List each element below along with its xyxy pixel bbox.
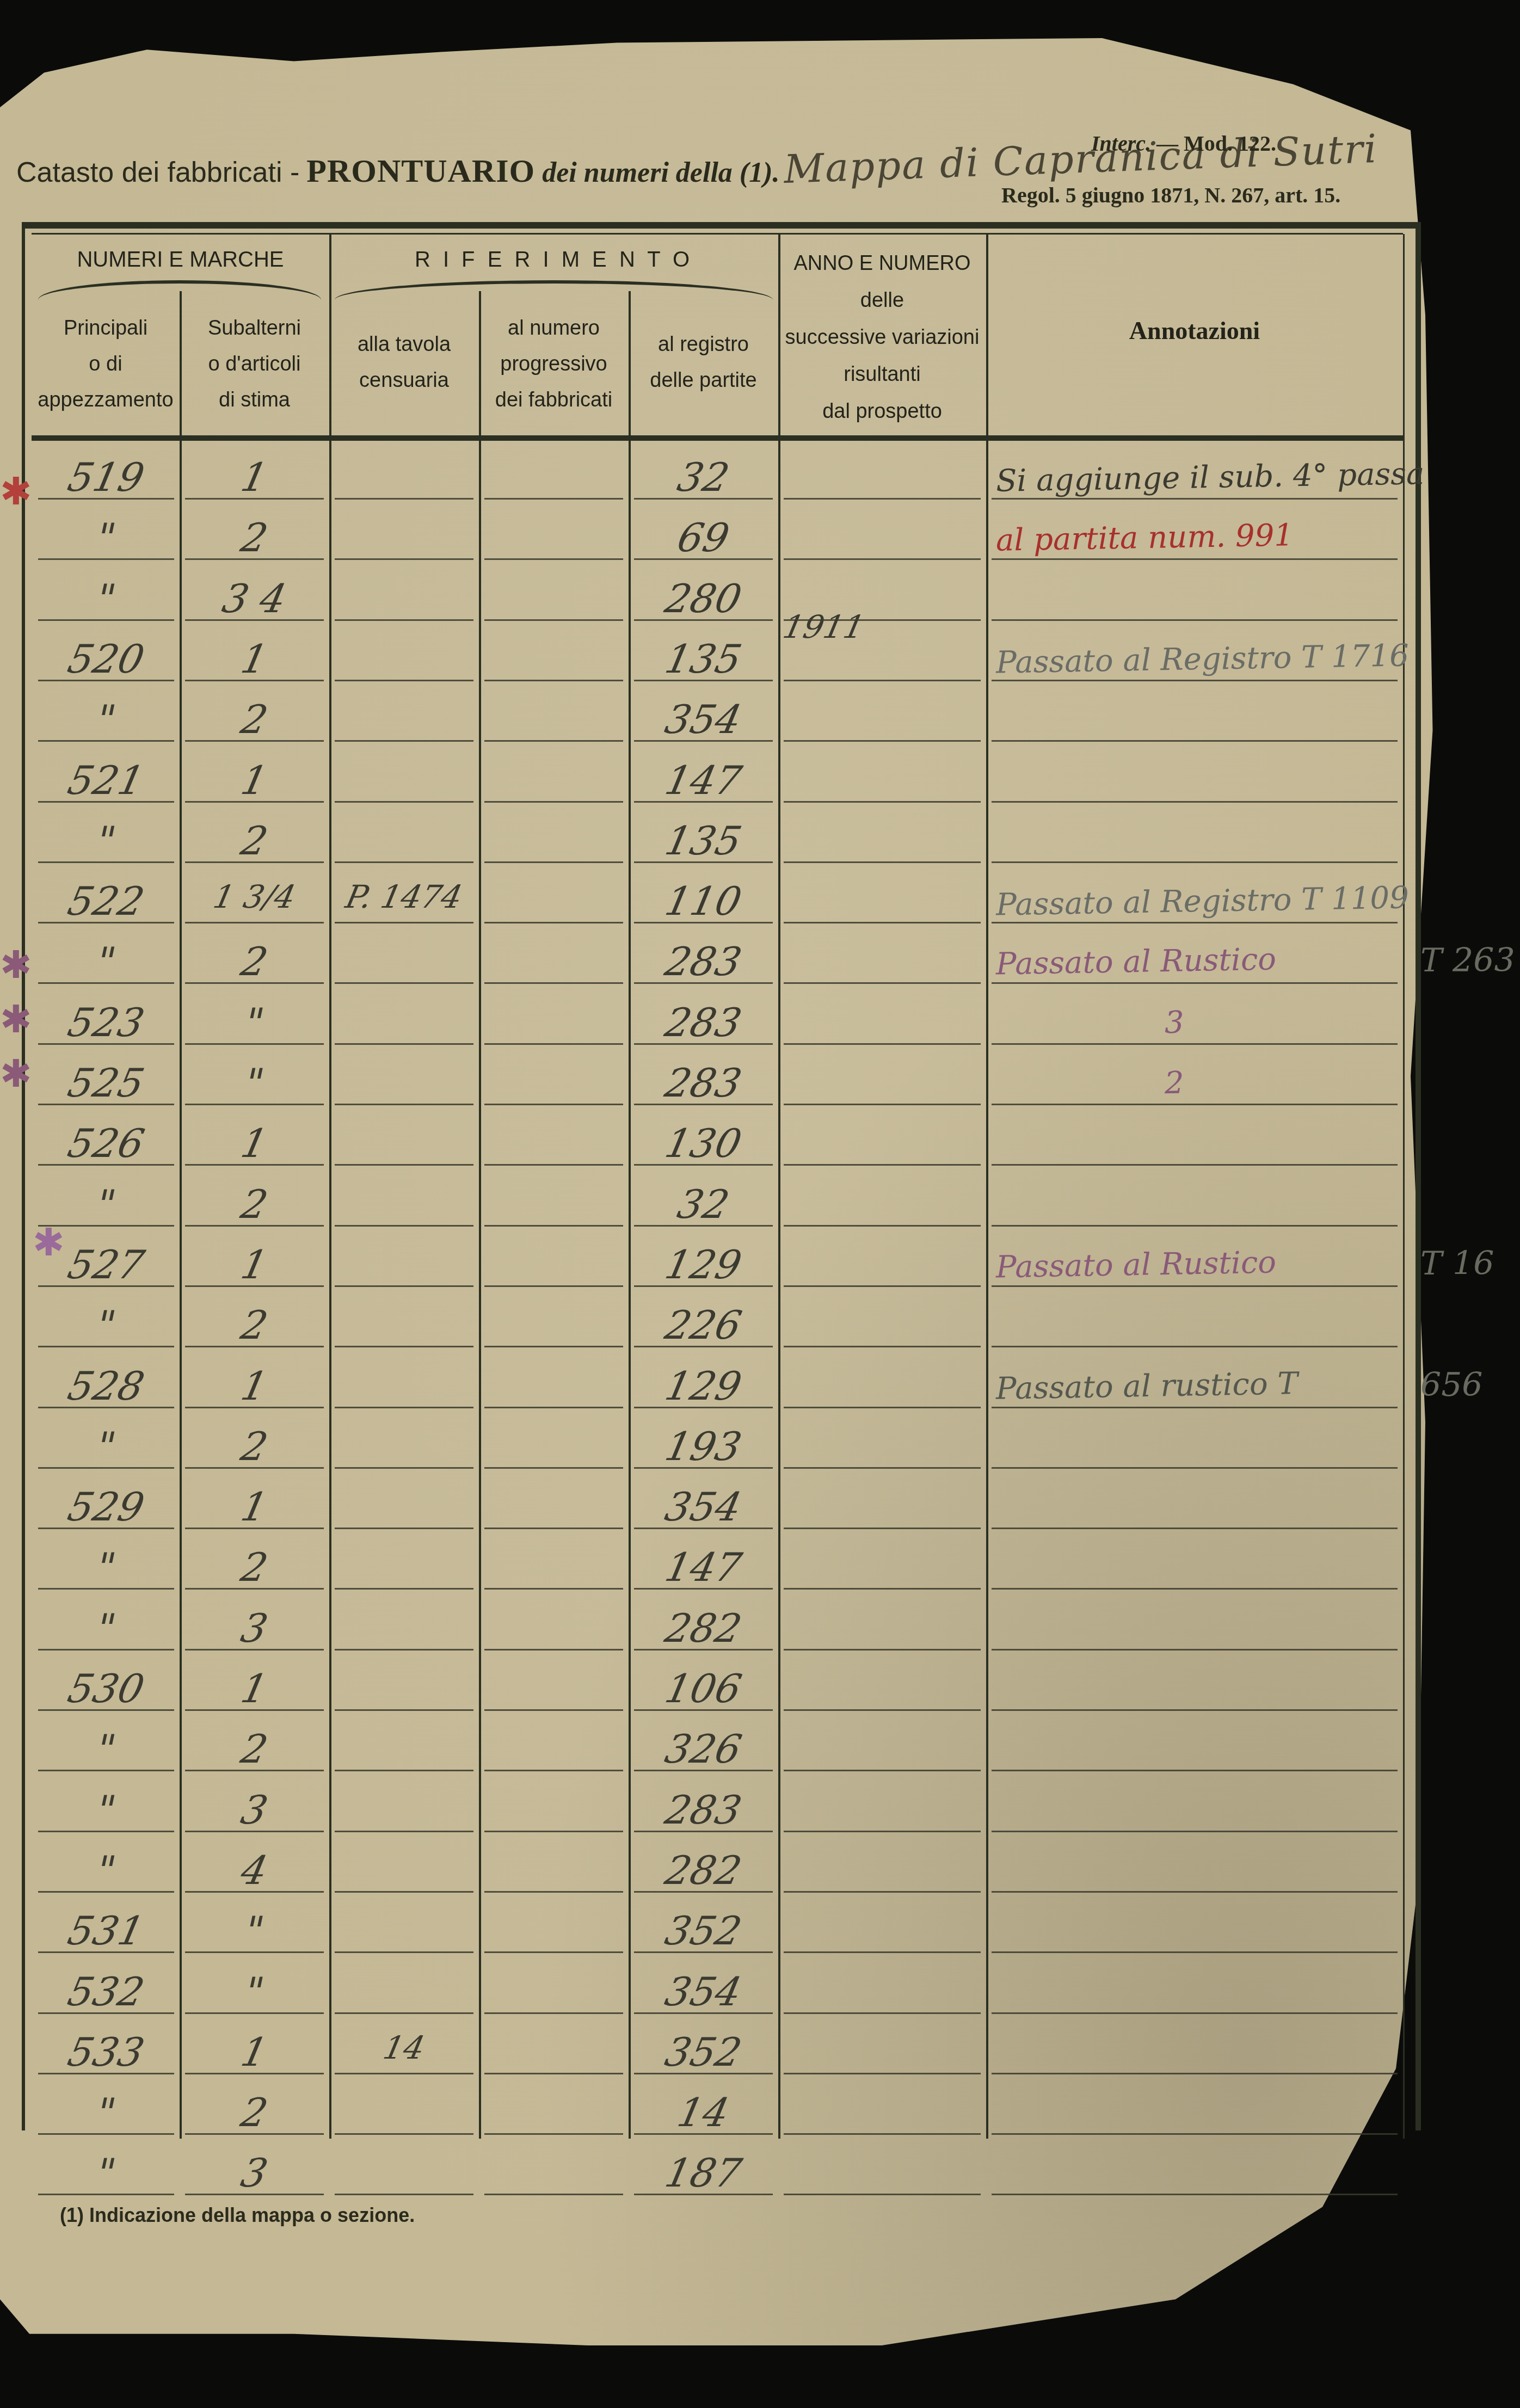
row-rule [992,1649,1398,1651]
row-rule [335,1346,473,1347]
row-rule [484,1770,623,1771]
row-rule [484,1164,623,1166]
regulation-reference: Regol. 5 giugno 1871, N. 267, art. 15. [1001,182,1340,208]
row-rule [335,1831,473,1832]
row-rule [335,1407,473,1408]
row-rule [784,801,981,803]
row-rule [784,1891,981,1893]
cell-subalterno: " [180,1969,329,2015]
row-rule [484,2012,623,2014]
header-bottom-rule [32,435,1403,441]
cell-subalterno: 1 [180,636,329,682]
table-inner-rule [32,233,1403,235]
cell-principale: 529 [33,1484,179,1530]
col-header-annotazioni: Annotazioni [986,313,1403,349]
row-rule [335,1770,473,1771]
row-rule [335,2133,473,2135]
cell-registro: 283 [629,1787,778,1833]
row-rule [335,2194,473,2195]
margin-note: T 263 [1420,941,1515,980]
row-rule [484,861,623,863]
row-rule [484,740,623,742]
row-rule [784,558,981,560]
cell-registro: 14 [629,2090,778,2135]
cell-subalterno: 1 3/4 [181,878,328,915]
cell-subalterno: 1 [180,1484,329,1530]
cell-subalterno: 2 [180,515,329,561]
cell-registro: 282 [629,1847,778,1893]
row-rule [185,922,324,923]
cell-registro: 280 [629,576,778,621]
cell-subalterno: 2 [180,1544,329,1590]
row-rule [784,680,981,681]
row-rule [992,1891,1398,1893]
row-rule [784,1831,981,1832]
cell-principale: " [33,1544,179,1590]
cell-registro: 129 [629,1363,778,1409]
row-rule [992,619,1398,621]
cell-principale: 532 [33,1969,179,2015]
asterisk-mark-icon: ✱ [33,1224,65,1262]
row-rule [784,2012,981,2014]
row-rule [992,1467,1398,1469]
cell-principale: " [33,1726,179,1772]
cell-subalterno: 4 [180,1847,329,1893]
row-rule [484,1649,623,1651]
cell-subalterno: 2 [180,2090,329,2135]
cell-subalterno: 2 [180,818,329,864]
cell-principale: 525 [33,1060,179,1106]
cell-registro: 326 [629,1726,778,1772]
cell-registro: 226 [629,1302,778,1348]
cell-subalterno: 1 [180,1363,329,1409]
row-rule [784,1649,981,1651]
cell-registro: 354 [629,697,778,742]
cell-subalterno: 1 [180,2029,329,2075]
row-rule [484,1225,623,1227]
divider-column [329,441,331,2139]
row-rule [992,1951,1398,1953]
cell-registro: 130 [629,1120,778,1166]
row-rule [335,2012,473,2014]
row-rule [484,1467,623,1469]
cell-subalterno: 2 [180,939,329,984]
divider-column [986,441,988,2139]
row-rule [335,1649,473,1651]
row-rule [484,680,623,681]
row-rule [335,498,473,500]
cell-registro: 282 [629,1605,778,1651]
row-rule [484,558,623,560]
cell-annotazione: Passato al rustico T [995,1366,1298,1407]
row-rule [484,619,623,621]
row-rule [992,680,1398,681]
cell-principale: 522 [33,878,179,924]
cell-principale: " [33,1181,179,1227]
row-rule [335,861,473,863]
cell-registro: 354 [629,1484,778,1530]
cell-annotazione: 2 [1164,1066,1184,1101]
row-rule [335,982,473,984]
row-rule [992,801,1398,803]
row-rule [484,1285,623,1287]
row-rule [484,1528,623,1529]
cell-subalterno: 2 [180,1726,329,1772]
row-rule [784,1467,981,1469]
asterisk-mark-icon: ✱ [0,1056,32,1094]
row-rule [335,1951,473,1953]
row-rule [784,1588,981,1590]
row-rule [784,740,981,742]
cell-subalterno: 1 [180,454,329,500]
row-rule [784,1951,981,1953]
row-rule [992,740,1398,742]
register-table [22,222,1421,2130]
group-header-riferimento: R I F E R I M E N T O [329,248,778,272]
row-rule [992,1104,1398,1105]
row-rule [992,558,1398,560]
row-rule [335,801,473,803]
cell-principale: 520 [33,636,179,682]
col-header-numero-progressivo: al numero progressivo dei fabbricati [479,310,629,418]
cell-registro: 354 [629,1969,778,2015]
row-rule [992,1346,1398,1347]
cell-registro: 135 [629,636,778,682]
row-rule [484,1043,623,1045]
cell-principale: 533 [33,2029,179,2075]
row-rule [992,1407,1398,1408]
cell-subalterno: 2 [180,1181,329,1227]
cell-principale: " [33,1302,179,1348]
row-rule [992,1831,1398,1832]
row-rule [484,2194,623,2195]
cell-principale: " [33,1424,179,1469]
row-rule [784,2194,981,2195]
row-rule [784,861,981,863]
row-rule [484,1407,623,1408]
row-rule [484,1951,623,1953]
row-rule [484,1831,623,1832]
row-rule [784,498,981,500]
cell-registro: 193 [629,1424,778,1469]
row-rule [784,1407,981,1408]
row-rule [784,1709,981,1711]
cell-annotazione: Passato al Registro T 1716 [995,638,1409,680]
cell-subalterno: 3 4 [180,576,329,621]
cell-registro: 187 [629,2150,778,2196]
cell-subalterno: 3 [180,2150,329,2196]
group-header-numeri-e-marche: NUMERI E MARCHE [32,248,329,272]
cell-principale: " [33,515,179,561]
row-rule [335,1285,473,1287]
col-header-tavola: alla tavola censuaria [329,327,479,398]
row-rule [784,1346,981,1347]
row-rule [335,1891,473,1893]
row-rule [784,1104,981,1105]
cell-principale: 523 [33,1000,179,1045]
cell-principale: 526 [33,1120,179,1166]
row-rule [992,922,1398,923]
cell-registro: 352 [629,2029,778,2075]
cell-principale: 519 [33,454,179,500]
divider-column [778,441,780,2139]
row-rule [784,982,981,984]
row-rule [484,2133,623,2135]
col-header-principali: Principali o di appezzamento [32,310,180,418]
cell-annotazione: 3 [1164,1005,1184,1041]
cell-registro: 110 [629,878,778,924]
cell-tavola: 14 [331,2029,477,2066]
cell-registro: 32 [629,454,778,500]
title-prefix: Catasto dei fabbricati - [16,157,299,188]
col-header-registro: al registro delle partite [629,327,778,398]
inner-right-rule [1403,234,1405,2139]
divider-column [479,441,481,2139]
cell-annotazione: Si aggiunge il sub. 4° passa [995,456,1424,499]
cell-registro: 147 [629,1544,778,1590]
cell-principale: " [33,2150,179,2196]
cell-principale: " [33,1847,179,1893]
col-header-anno-numero: ANNO E NUMERO delle successive variazion… [778,245,986,430]
row-rule [992,1528,1398,1529]
row-rule [335,1528,473,1529]
row-rule [335,680,473,681]
cell-subalterno: " [180,1908,329,1954]
row-rule [992,1770,1398,1771]
row-rule [992,2133,1398,2135]
cell-registro: 352 [629,1908,778,1954]
form-code-number: — Mod. 122. [1156,131,1276,156]
cell-registro: 147 [629,757,778,803]
row-rule [484,1588,623,1590]
row-rule [992,982,1398,984]
row-rule [335,1104,473,1105]
row-rule [484,801,623,803]
cell-principale: " [33,1605,179,1651]
divider-column [629,441,631,2139]
row-rule [784,1043,981,1045]
row-rule [784,1164,981,1166]
row-rule [992,1043,1398,1045]
cell-principale: " [33,2090,179,2135]
cell-subalterno: 2 [180,697,329,742]
cell-annotazione: Passato al Rustico [995,942,1276,982]
cell-tavola: P. 1474 [331,878,477,915]
cell-anno: 1911 [780,608,853,645]
row-rule [335,1164,473,1166]
margin-note: 656 [1420,1366,1483,1404]
cell-registro: 106 [629,1666,778,1711]
row-rule [335,1588,473,1590]
row-rule [992,1285,1398,1287]
cell-subalterno: " [180,1060,329,1106]
cell-subalterno: 1 [180,757,329,803]
title-main: PRONTUARIO [306,153,535,189]
title-suffix: dei numeri della (1). [542,157,779,188]
row-rule [784,1225,981,1227]
row-rule [992,1709,1398,1711]
cell-subalterno: 1 [180,1666,329,1711]
row-rule [992,1164,1398,1166]
row-rule [484,1891,623,1893]
cell-subalterno: 2 [180,1424,329,1469]
row-rule [335,1225,473,1227]
cell-subalterno: 3 [180,1787,329,1833]
cell-subalterno: " [180,1000,329,1045]
cell-registro: 283 [629,939,778,984]
cell-subalterno: 2 [180,1302,329,1348]
row-rule [784,1770,981,1771]
row-rule [784,922,981,923]
cell-registro: 135 [629,818,778,864]
row-rule [335,1709,473,1711]
cell-principale: " [33,1787,179,1833]
row-rule [335,619,473,621]
cell-principale: 531 [33,1908,179,1954]
cell-subalterno: 3 [180,1605,329,1651]
cell-registro: 283 [629,1000,778,1045]
cell-principale: 530 [33,1666,179,1711]
cell-principale: " [33,697,179,742]
cell-registro: 283 [629,1060,778,1106]
cell-subalterno: 1 [180,1120,329,1166]
row-rule [484,922,623,923]
row-rule [784,2073,981,2074]
form-code-prefix: Interc. [1091,131,1151,156]
row-rule [784,1528,981,1529]
row-rule [784,2133,981,2135]
form-title: Catasto dei fabbricati - PRONTUARIO dei … [16,152,779,190]
row-rule [484,1104,623,1105]
col-header-subalterni: Subalterni o d'articoli di stima [180,310,329,418]
row-rule [335,1043,473,1045]
cell-subalterno: 1 [180,1242,329,1288]
cell-principale: " [33,939,179,984]
row-rule [992,498,1398,500]
row-rule [992,1225,1398,1227]
cell-annotazione: Passato al Registro T 1109 [995,880,1409,922]
cell-principale: 528 [33,1363,179,1409]
row-rule [992,2194,1398,2195]
margin-note: T 16 [1420,1245,1494,1283]
asterisk-mark-icon: ✱ [0,947,32,985]
row-rule [335,922,473,923]
asterisk-mark-icon: ✱ [0,473,32,512]
cell-registro: 69 [629,515,778,561]
row-rule [335,1467,473,1469]
form-code: Interc. — Mod. 122. [1091,131,1276,156]
row-rule [335,740,473,742]
row-rule [484,2073,623,2074]
row-rule [784,1285,981,1287]
row-rule [992,861,1398,863]
row-rule [484,498,623,500]
row-rule [335,558,473,560]
cell-principale: " [33,818,179,864]
asterisk-mark-icon: ✱ [0,1001,32,1039]
row-rule [484,982,623,984]
row-rule [335,2073,473,2074]
cell-principale: " [33,576,179,621]
row-rule [484,1346,623,1347]
cell-registro: 32 [629,1181,778,1227]
row-rule [992,2073,1398,2074]
row-rule [992,2012,1398,2014]
cell-annotazione: Passato al Rustico [995,1245,1276,1285]
row-rule [484,1709,623,1711]
divider-column [180,441,182,2139]
footnote: (1) Indicazione della mappa o sezione. [60,2204,415,2227]
cell-registro: 129 [629,1242,778,1288]
cell-annotazione: al partita num. 991 [995,518,1294,558]
row-rule [992,1588,1398,1590]
cell-principale: 521 [33,757,179,803]
